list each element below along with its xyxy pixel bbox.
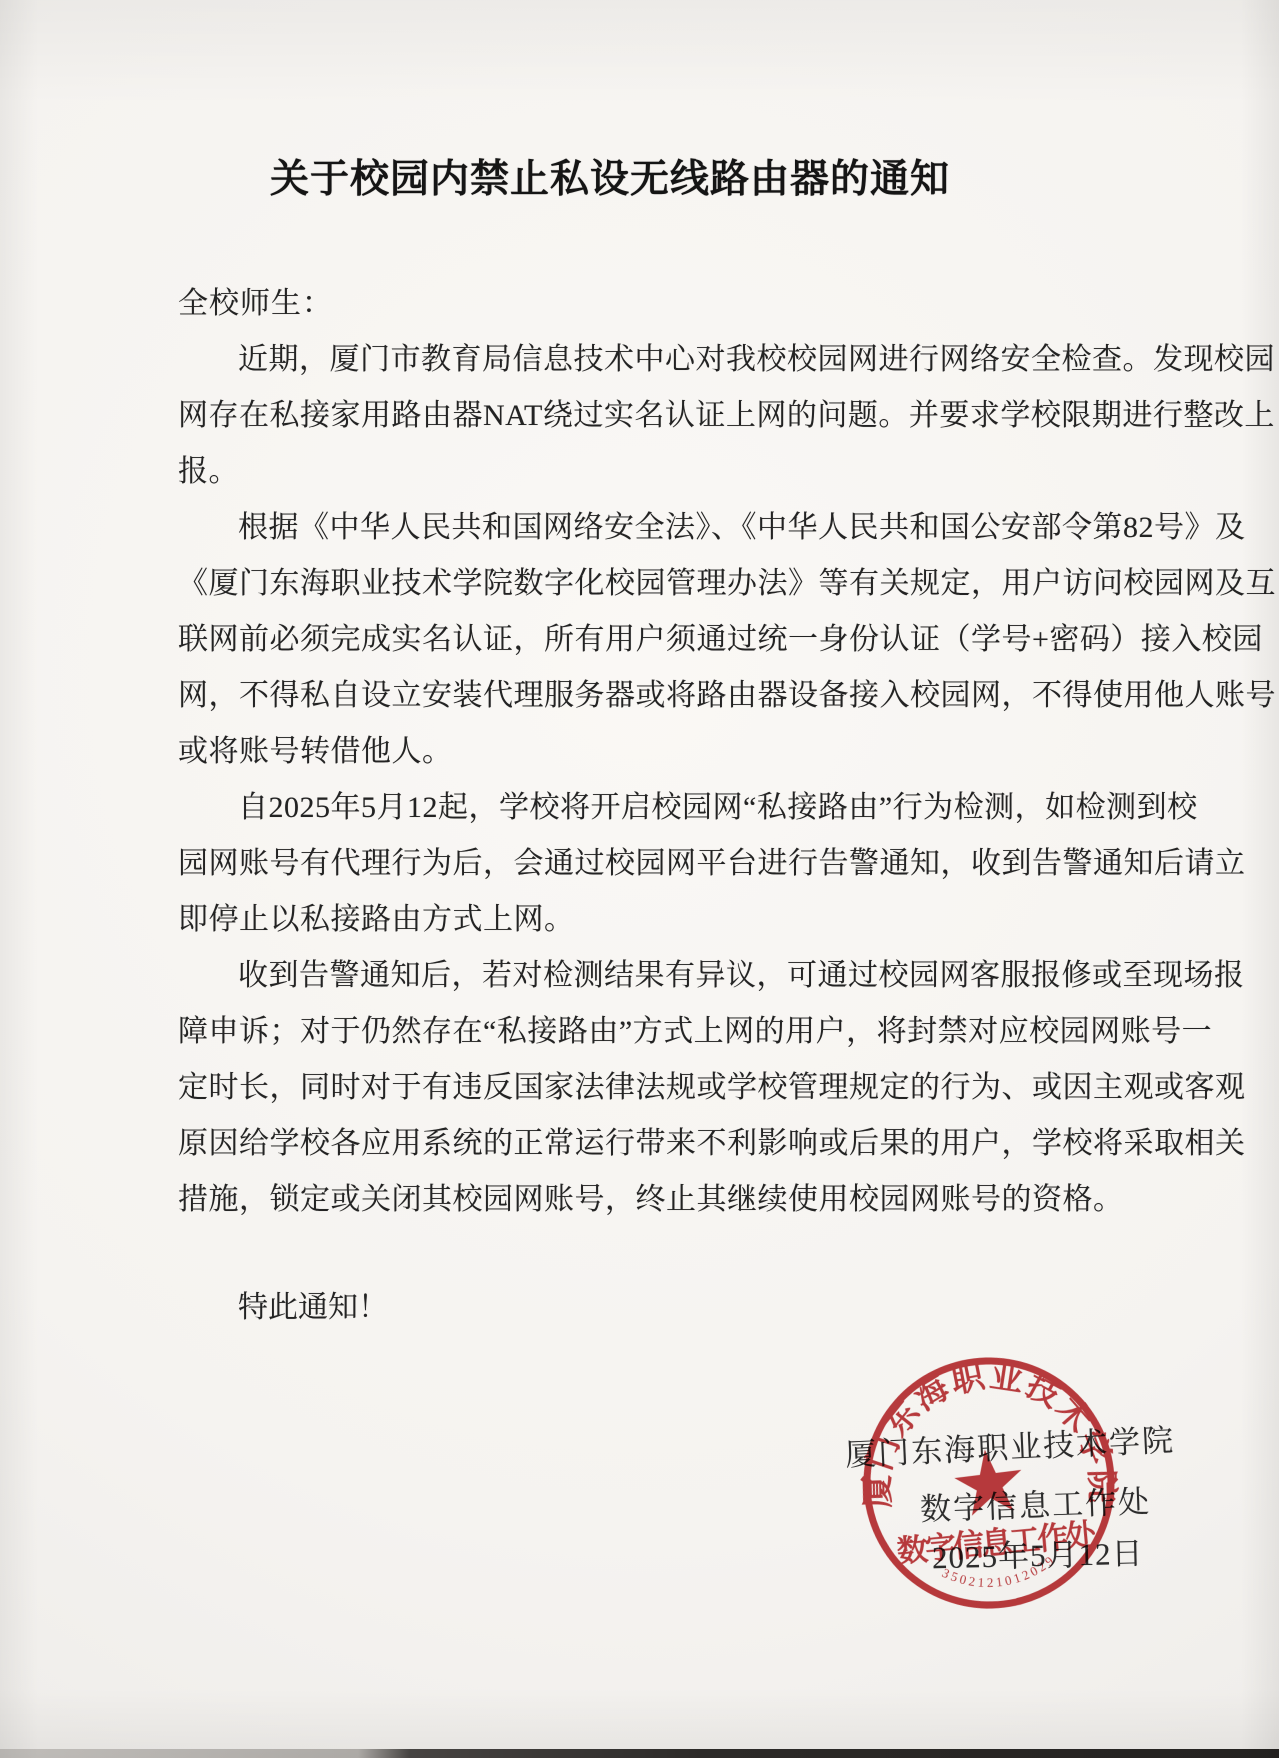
text-line: 或将账号转借他人。 xyxy=(178,724,1138,780)
text-line: 近期，厦门市教育局信息技术中心对我校校园网进行网络安全检查。发现校园 xyxy=(178,332,1138,388)
scanned-notice-page: 关于校园内禁止私设无线路由器的通知 全校师生： 近期，厦门市教育局信息技术中心对… xyxy=(0,0,1279,1758)
stamp-dept-text: 数字信息工作处 xyxy=(896,1517,1098,1569)
text-line: 措施，锁定或关闭其校园网账号，终止其继续使用校园网账号的资格。 xyxy=(178,1172,1138,1228)
text-line: 原因给学校各应用系统的正常运行带来不利影响或后果的用户，学校将采取相关 xyxy=(178,1116,1138,1172)
text-line: 定时长，同时对于有违反国家法律法规或学校管理规定的行为、或因主观或客观 xyxy=(178,1060,1138,1116)
paragraphs-container: 近期，厦门市教育局信息技术中心对我校校园网进行网络安全检查。发现校园网存在私接家… xyxy=(178,332,1138,1228)
text-line: 收到告警通知后，若对检测结果有异议，可通过校园网客服报修或至现场报 xyxy=(178,948,1138,1004)
text-line: 根据《中华人民共和国网络安全法》、《中华人民共和国公安部令第82号》及 xyxy=(178,500,1138,556)
notice-body: 全校师生： 近期，厦门市教育局信息技术中心对我校校园网进行网络安全检查。发现校园… xyxy=(178,276,1138,1336)
text-line: 即停止以私接路由方式上网。 xyxy=(178,892,1138,948)
text-line: 联网前必须完成实名认证，所有用户须通过统一身份认证（学号+密码）接入校园 xyxy=(178,612,1138,668)
official-seal-stamp: ★ 厦门东海职业技术学院 数字信息工作处 35021210120299 xyxy=(841,1335,1137,1631)
text-line: 报。 xyxy=(178,444,1138,500)
scan-edge-strip xyxy=(0,1749,1279,1758)
closing-line: 特此通知！ xyxy=(178,1280,1138,1336)
salutation: 全校师生： xyxy=(178,276,1138,332)
text-line: 自2025年5月12起，学校将开启校园网“私接路由”行为检测，如检测到校 xyxy=(178,780,1138,836)
text-line: 《厦门东海职业技术学院数字化校园管理办法》等有关规定，用户访问校园网及互 xyxy=(178,556,1138,612)
text-line: 障申诉；对于仍然存在“私接路由”方式上网的用户，将封禁对应校园网账号一 xyxy=(178,1004,1138,1060)
text-line: 网，不得私自设立安装代理服务器或将路由器设备接入校园网，不得使用他人账号 xyxy=(178,668,1138,724)
text-line: 园网账号有代理行为后，会通过校园网平台进行告警通知，收到告警通知后请立 xyxy=(178,836,1138,892)
star-icon: ★ xyxy=(944,1432,1034,1538)
text-line: 网存在私接家用路由器NAT绕过实名认证上网的问题。并要求学校限期进行整改上 xyxy=(178,388,1138,444)
page-title: 关于校园内禁止私设无线路由器的通知 xyxy=(110,148,1110,204)
